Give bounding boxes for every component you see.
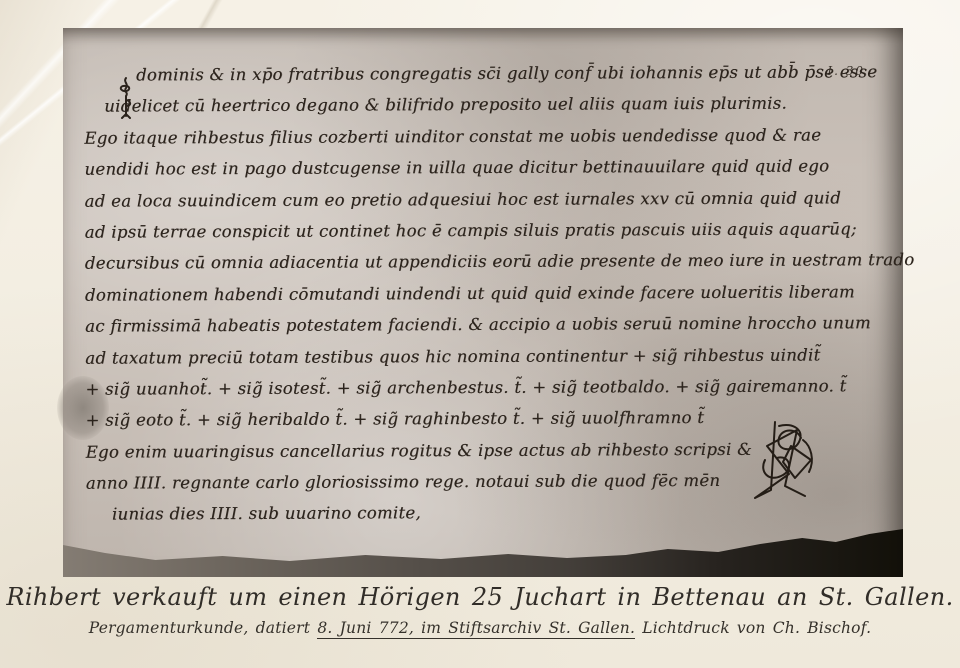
notary-monogram-icon — [745, 416, 823, 512]
caption-subtitle: Pergamenturkunde, datiert 8. Juni 772, i… — [0, 619, 960, 637]
manuscript-line: ad taxatum preciū totam testibus quos hi… — [85, 339, 877, 374]
manuscript-line: ad ea loca suuindicem cum eo pretio adqu… — [85, 182, 877, 217]
manuscript-line: + sig̃ uuanhot̃. + sig̃ isotest̃. + sig̃… — [85, 370, 877, 405]
manuscript-line: uidelicet cū heertrico degano & bilifrid… — [84, 88, 876, 123]
manuscript-line: ad ipsū terrae conspicit ut continet hoc… — [85, 213, 877, 248]
manuscript-line: dominationem habendi cōmutandi uindendi … — [85, 276, 877, 311]
charter-photograph: I. 30 dominis & in xp̄o fratribus congre… — [63, 28, 903, 577]
caption-subtitle-date-archive: 8. Juni 772, im Stiftsarchiv St. Gallen. — [317, 619, 635, 639]
mount-paper: I. 30 dominis & in xp̄o fratribus congre… — [0, 0, 960, 668]
manuscript-line: dominis & in xp̄o fratribus congregatis … — [84, 56, 876, 91]
manuscript-line: uendidi hoc est in pago dustcugense in u… — [84, 150, 876, 185]
caption-subtitle-prefix: Pergamenturkunde, datiert — [89, 619, 318, 637]
manuscript-line: ac firmissimā habeatis potestatem facien… — [85, 307, 877, 342]
manuscript-line: decursibus cū omnia adiacentia ut append… — [85, 245, 877, 280]
caption-title: Rihbert verkauft um einen Hörigen 25 Juc… — [0, 583, 960, 611]
caption-subtitle-credit: Lichtdruck von Ch. Bischof. — [635, 619, 871, 637]
photo-dark-bottom-edge — [63, 529, 903, 577]
manuscript-line: Ego itaque rihbestus filius cozberti uin… — [84, 119, 876, 154]
